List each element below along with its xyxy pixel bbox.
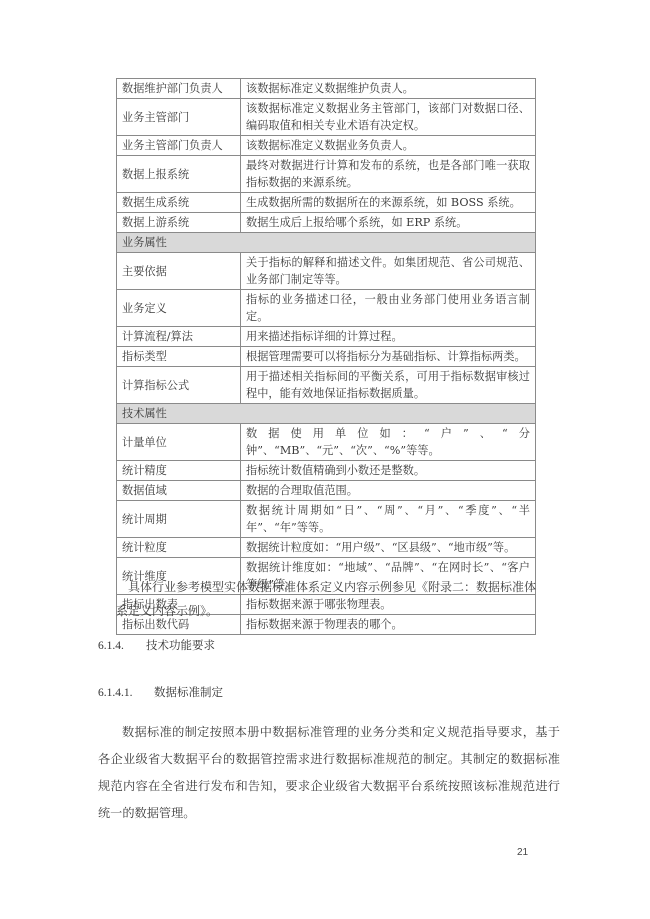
section-label: 技术属性: [117, 404, 536, 424]
table-row: 统计周期数据统计周期如“日”、“周”、“月”、“季度”、“半年”、“年”等等。: [117, 501, 536, 538]
attribute-name-cell: 业务主管部门负责人: [117, 136, 241, 156]
attribute-description-cell: 指标统计数值精确到小数还是整数。: [241, 461, 536, 481]
table-row: 数据值域数据的合理取值范围。: [117, 481, 536, 501]
table-row: 数据上游系统数据生成后上报给哪个系统，如 ERP 系统。: [117, 213, 536, 233]
table-section-header: 技术属性: [117, 404, 536, 424]
attribute-description-cell: 该数据标准定义数据业务主管部门，该部门对数据口径、编码取值和相关专业术语有决定权…: [241, 99, 536, 136]
attribute-description-cell: 数据生成后上报给哪个系统，如 ERP 系统。: [241, 213, 536, 233]
table-row: 主要依据关于指标的解释和描述文件。如集团规范、省公司规范、业务部门制定等等。: [117, 253, 536, 290]
attribute-description-cell: 数据统计周期如“日”、“周”、“月”、“季度”、“半年”、“年”等等。: [241, 501, 536, 538]
attribute-name-cell: 数据生成系统: [117, 193, 241, 213]
attribute-name-cell: 数据值域: [117, 481, 241, 501]
table-row: 指标类型根据管理需要可以将指标分为基础指标、计算指标两类。: [117, 347, 536, 367]
table-row: 计量单位数据使用单位如：“户”、“分钟”、“MB”、“元”、“次”、“%”等等。: [117, 424, 536, 461]
attribute-name-cell: 统计周期: [117, 501, 241, 538]
section-heading-6-1-4-1: 6.1.4.1.数据标准制定: [98, 684, 223, 700]
attribute-description-cell: 该数据标准定义数据业务负责人。: [241, 136, 536, 156]
table-row: 数据生成系统生成数据所需的数据所在的来源系统，如 BOSS 系统。: [117, 193, 536, 213]
appendix-reference-note: 具体行业参考模型实体数据标准体系定义内容示例参见《附录二：数据标准体系定义内容示…: [116, 575, 546, 623]
attribute-description-cell: 数据统计粒度如：“用户级”、“区县级”、“地市级”等。: [241, 538, 536, 558]
attribute-description-cell: 根据管理需要可以将指标分为基础指标、计算指标两类。: [241, 347, 536, 367]
table-row: 计算指标公式用于描述相关指标间的平衡关系，可用于指标数据审核过程中，能有效地保证…: [117, 367, 536, 404]
attribute-description-cell: 用于描述相关指标间的平衡关系，可用于指标数据审核过程中，能有效地保证指标数据质量…: [241, 367, 536, 404]
section-heading-6-1-4: 6.1.4.技术功能要求: [98, 637, 215, 653]
section-label: 业务属性: [117, 233, 536, 253]
attribute-name-cell: 数据上游系统: [117, 213, 241, 233]
table-row: 统计粒度数据统计粒度如：“用户级”、“区县级”、“地市级”等。: [117, 538, 536, 558]
attribute-name-cell: 统计粒度: [117, 538, 241, 558]
attribute-name-cell: 统计精度: [117, 461, 241, 481]
attribute-name-cell: 业务主管部门: [117, 99, 241, 136]
page-number: 21: [517, 847, 528, 858]
section-number: 6.1.4.: [98, 640, 146, 652]
table-section-header: 业务属性: [117, 233, 536, 253]
attribute-description-cell: 该数据标准定义数据维护负责人。: [241, 79, 536, 99]
attribute-description-cell: 关于指标的解释和描述文件。如集团规范、省公司规范、业务部门制定等等。: [241, 253, 536, 290]
section-number: 6.1.4.1.: [98, 687, 154, 699]
attribute-description-cell: 最终对数据进行计算和发布的系统，也是各部门唯一获取指标数据的来源系统。: [241, 156, 536, 193]
attribute-name-cell: 主要依据: [117, 253, 241, 290]
table-row: 计算流程/算法用来描述指标详细的计算过程。: [117, 327, 536, 347]
section-title: 数据标准制定: [154, 685, 223, 699]
table-row: 业务定义指标的业务描述口径，一般由业务部门使用业务语言制定。: [117, 290, 536, 327]
attribute-name-cell: 计算指标公式: [117, 367, 241, 404]
body-paragraph: 数据标准的制定按照本册中数据标准管理的业务分类和定义规范指导要求，基于各企业级省…: [98, 719, 560, 827]
attribute-name-cell: 指标类型: [117, 347, 241, 367]
attribute-description-cell: 数据的合理取值范围。: [241, 481, 536, 501]
attribute-name-cell: 计算流程/算法: [117, 327, 241, 347]
attribute-description-cell: 指标的业务描述口径，一般由业务部门使用业务语言制定。: [241, 290, 536, 327]
attribute-name-cell: 计量单位: [117, 424, 241, 461]
table-row: 数据维护部门负责人该数据标准定义数据维护负责人。: [117, 79, 536, 99]
attribute-name-cell: 业务定义: [117, 290, 241, 327]
attribute-name-cell: 数据上报系统: [117, 156, 241, 193]
table-row: 数据上报系统最终对数据进行计算和发布的系统，也是各部门唯一获取指标数据的来源系统…: [117, 156, 536, 193]
table-row: 业务主管部门该数据标准定义数据业务主管部门，该部门对数据口径、编码取值和相关专业…: [117, 99, 536, 136]
attribute-name-cell: 数据维护部门负责人: [117, 79, 241, 99]
table-row: 业务主管部门负责人该数据标准定义数据业务负责人。: [117, 136, 536, 156]
attribute-description-cell: 生成数据所需的数据所在的来源系统，如 BOSS 系统。: [241, 193, 536, 213]
table-body: 数据维护部门负责人该数据标准定义数据维护负责人。业务主管部门该数据标准定义数据业…: [117, 79, 536, 635]
document-page: 数据维护部门负责人该数据标准定义数据维护负责人。业务主管部门该数据标准定义数据业…: [0, 0, 650, 919]
attribute-description-cell: 数据使用单位如：“户”、“分钟”、“MB”、“元”、“次”、“%”等等。: [241, 424, 536, 461]
table-row: 统计精度指标统计数值精确到小数还是整数。: [117, 461, 536, 481]
attribute-description-cell: 用来描述指标详细的计算过程。: [241, 327, 536, 347]
section-title: 技术功能要求: [146, 638, 215, 652]
data-standard-attribute-table: 数据维护部门负责人该数据标准定义数据维护负责人。业务主管部门该数据标准定义数据业…: [116, 78, 536, 635]
